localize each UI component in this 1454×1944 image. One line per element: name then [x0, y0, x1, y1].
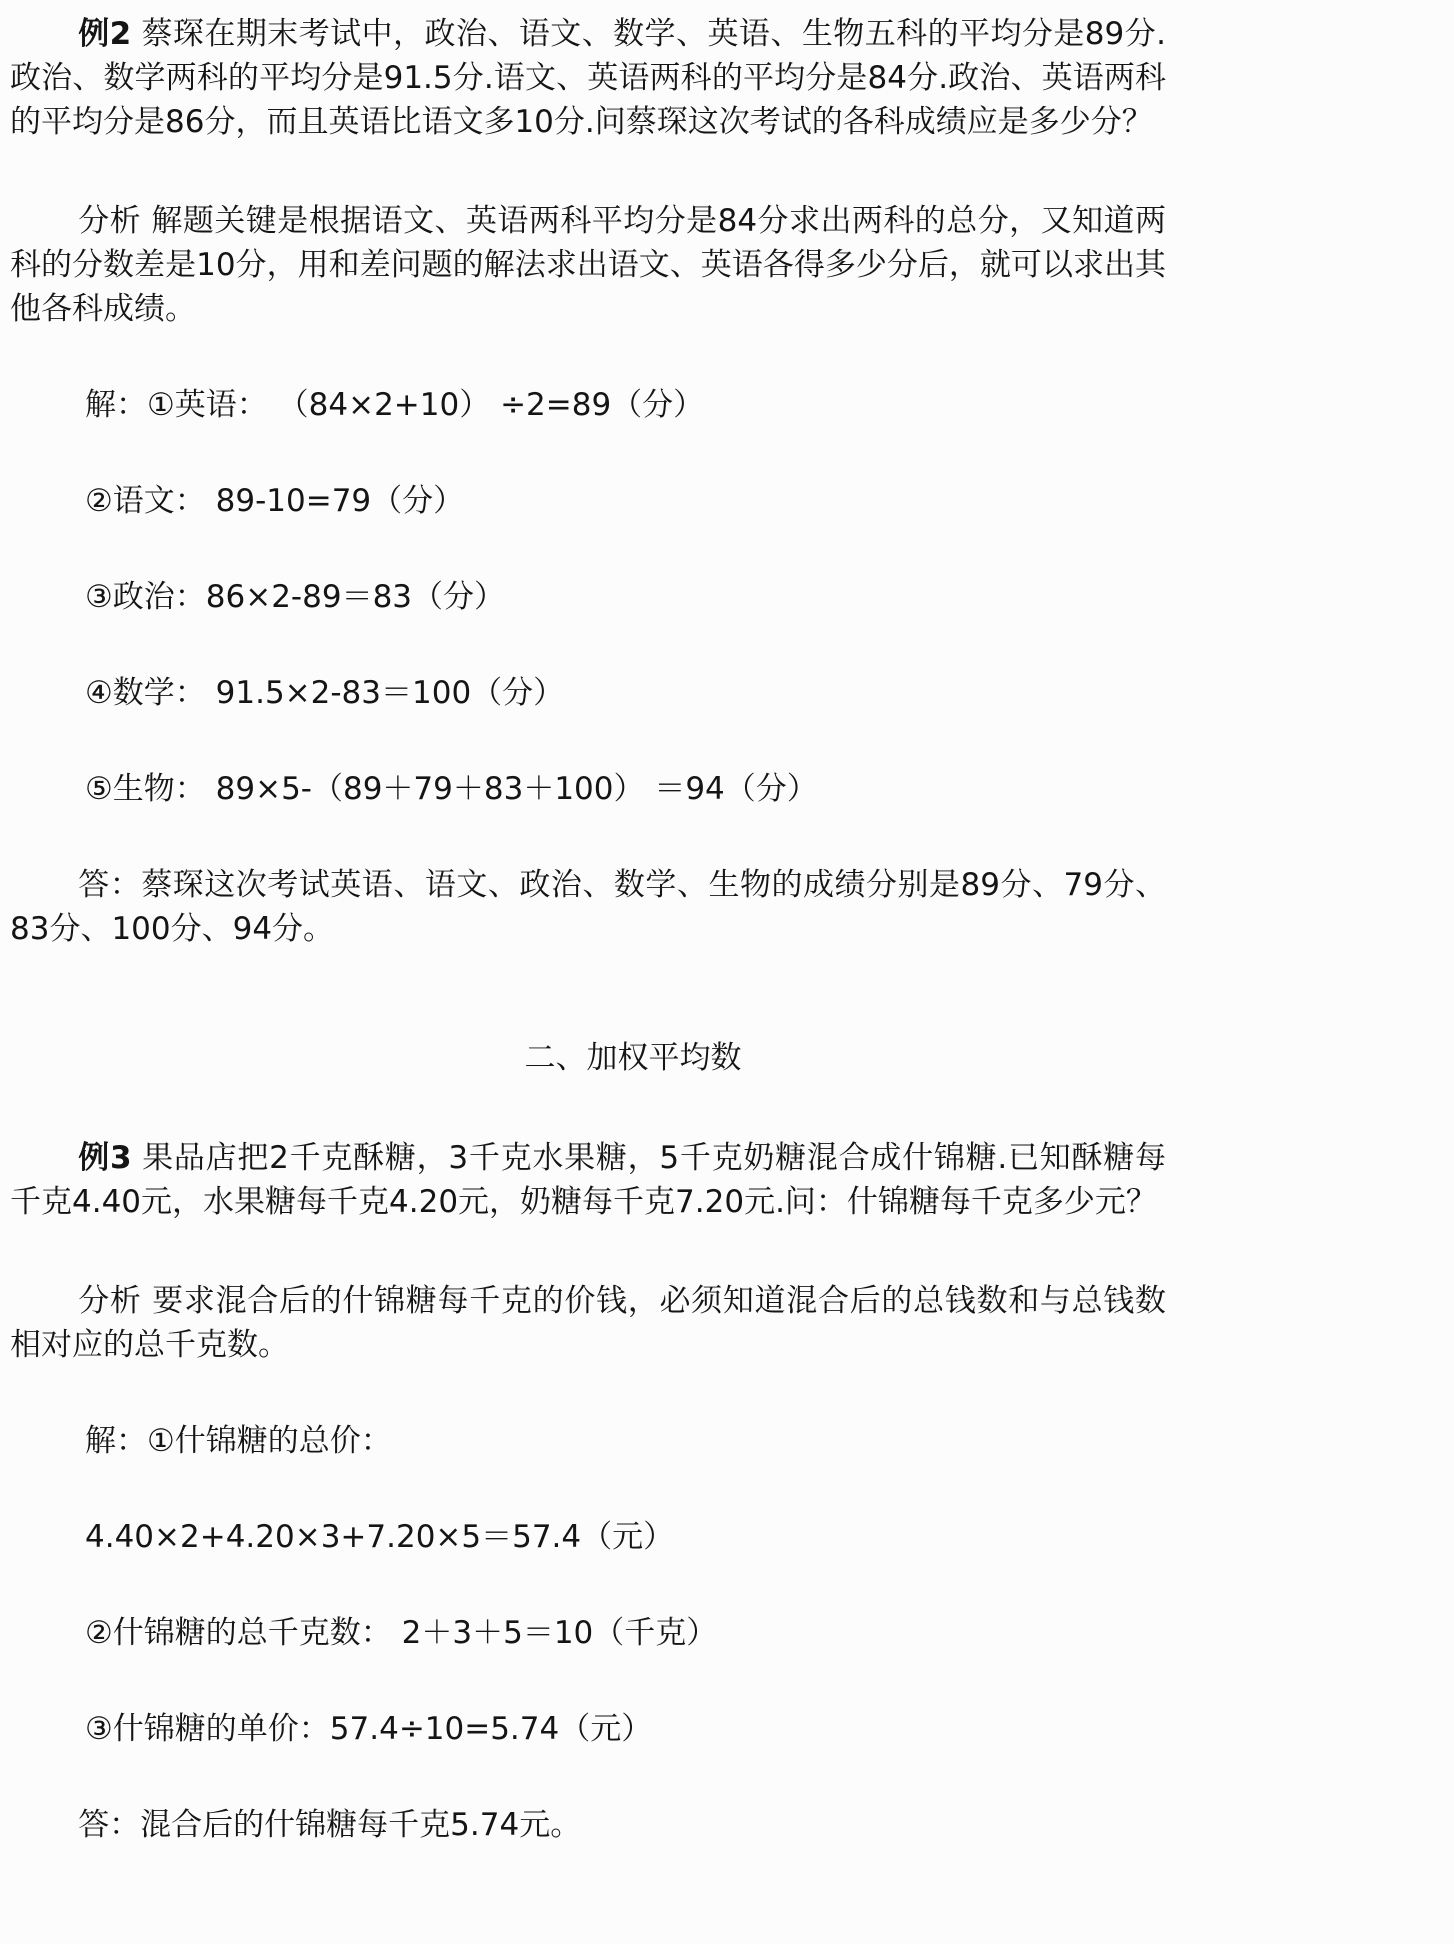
example2-step-politics: ③政治：86×2-89＝83（分） [10, 575, 1166, 619]
example3-problem: 例3 果品店把2千克酥糖，3千克水果糖，5千克奶糖混合成什锦糖.已知酥糖每千克4… [10, 1136, 1166, 1224]
example2-analysis-text: 解题关键是根据语文、英语两科平均分是84分求出两科的总分，又知道两科的分数差是1… [10, 203, 1166, 327]
example3-step-total-price-label: 解：①什锦糖的总价： [10, 1419, 1166, 1463]
example2-step-chinese: ②语文： 89-10=79（分） [10, 479, 1166, 523]
example2-analysis-label: 分析 [78, 203, 141, 239]
example2-step-biology: ⑤生物： 89×5-（89＋79＋83＋100） ＝94（分） [10, 767, 1166, 811]
example2-step-math: ④数学： 91.5×2-83＝100（分） [10, 671, 1166, 715]
example2-problem: 例2 蔡琛在期末考试中，政治、语文、数学、英语、生物五科的平均分是89分.政治、… [10, 12, 1166, 144]
example2-analysis: 分析 解题关键是根据语文、英语两科平均分是84分求出两科的总分，又知道两科的分数… [10, 199, 1166, 331]
example3-problem-text: 果品店把2千克酥糖，3千克水果糖，5千克奶糖混合成什锦糖.已知酥糖每千克4.40… [10, 1140, 1166, 1220]
example3-step-total-price-equation: 4.40×2+4.20×3+7.20×5＝57.4（元） [10, 1515, 1166, 1559]
section-heading-weighted-average: 二、加权平均数 [10, 1036, 1166, 1080]
example3-label: 例3 [78, 1140, 131, 1176]
example3-analysis-label: 分析 [78, 1283, 141, 1319]
document-page: { "page": { "bg_color": "#fcfcfc", "text… [0, 0, 1454, 1944]
example3-step-unit-price: ③什锦糖的单价：57.4÷10=5.74（元） [10, 1707, 1166, 1751]
example2-problem-text: 蔡琛在期末考试中，政治、语文、数学、英语、生物五科的平均分是89分.政治、数学两… [10, 16, 1166, 140]
example3-analysis: 分析 要求混合后的什锦糖每千克的价钱，必须知道混合后的总钱数和与总钱数相对应的总… [10, 1279, 1166, 1367]
example2-label: 例2 [78, 16, 131, 52]
example3-answer: 答：混合后的什锦糖每千克5.74元。 [10, 1803, 1166, 1847]
example2-step-english: 解：①英语： （84×2+10） ÷2=89（分） [10, 383, 1166, 427]
example3-analysis-text: 要求混合后的什锦糖每千克的价钱，必须知道混合后的总钱数和与总钱数相对应的总千克数… [10, 1283, 1166, 1363]
example3-step-total-weight: ②什锦糖的总千克数： 2＋3＋5＝10（千克） [10, 1611, 1166, 1655]
example2-answer: 答：蔡琛这次考试英语、语文、政治、数学、生物的成绩分别是89分、79分、83分、… [10, 863, 1166, 951]
